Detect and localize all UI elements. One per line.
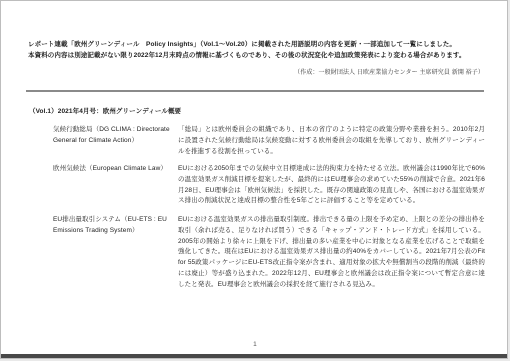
glossary-term: 気候行動総局（DG CLIMA : Directorate General fo… <box>53 125 173 147</box>
document-page: レポート連載「欧州グリーンディール Policy Insights」（Vol.1… <box>0 0 508 359</box>
section-title: （Vol.1）2021年4月号：欧州グリーンディール概要 <box>29 107 489 118</box>
glossary-term: 欧州気候法（European Climate Law） <box>53 164 173 175</box>
horizontal-divider <box>26 90 484 92</box>
header-intro-line-2: 本資料の内容は別途記載がない限り2022年12月末時点の情報に基づくものであり、… <box>28 51 488 62</box>
page-number: 1 <box>1 340 508 351</box>
glossary-description: EUにおける温室効果ガスの排出量取引制度。排出できる量の上限を予め定め、上限との… <box>178 215 485 291</box>
glossary-description: EUにおける2050年までの気候中立目標達成に法的拘束力を持たせる立法。欧州議会… <box>178 164 485 207</box>
author-credit: （作成：一般財団法人 日欧産業協力センター 主席研究員 新開 裕子） <box>28 68 484 79</box>
window-bottom-edge <box>1 354 507 358</box>
header-intro-line-1: レポート連載「欧州グリーンディール Policy Insights」（Vol.1… <box>28 40 488 51</box>
glossary-term: EU排出量取引システム（EU-ETS : EU Emissions Tradin… <box>53 215 173 237</box>
glossary-description: 「総局」とは欧州委員会の組織であり、日本の省庁のように特定の政策分野や業務を担う… <box>178 125 485 157</box>
